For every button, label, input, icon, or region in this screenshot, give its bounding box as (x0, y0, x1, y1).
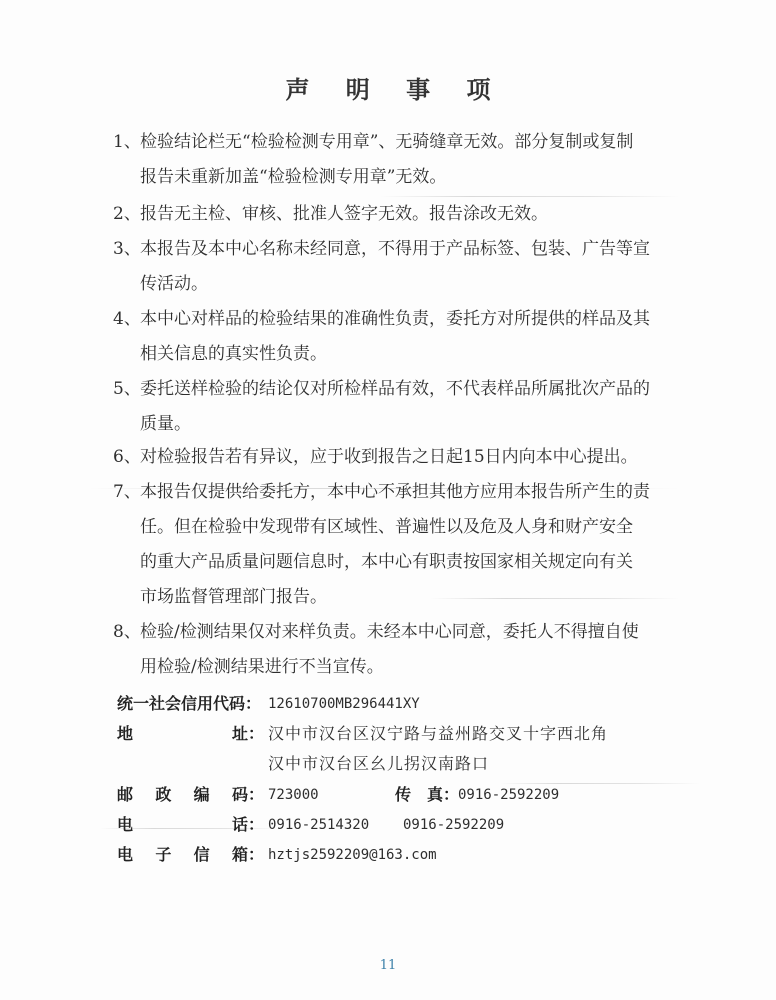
clause-line: 本中心对样品的检验结果的准确性负责，委托方对所提供的样品及其 (140, 309, 650, 329)
email-value: hztjs2592209@163.com (268, 840, 437, 870)
phone-value-1: 0916-2514320 (268, 810, 369, 840)
credit-code-label: 统一社会信用代码： (117, 689, 264, 719)
clause-number: 3、 (113, 232, 140, 267)
clause-6: 6、对检验报告若有异议，应于收到报告之日起15日内向本中心提出。 (113, 440, 673, 475)
clause-line: 检验/检测结果仅对来样负责。未经本中心同意，委托人不得擅自使 (140, 622, 639, 642)
clause-number: 8、 (113, 615, 140, 650)
phone-label: 电 话： (117, 810, 264, 840)
fax-label: 传 真： (395, 780, 459, 810)
clause-number: 1、 (113, 125, 140, 160)
phone-value-2: 0916-2592209 (403, 810, 504, 840)
clause-line: 报告未重新加盖“检验检测专用章”无效。 (113, 160, 673, 195)
clause-number: 7、 (113, 475, 140, 510)
clause-4: 4、本中心对样品的检验结果的准确性负责，委托方对所提供的样品及其 相关信息的真实… (113, 302, 673, 372)
postcode-label: 邮 政 编 码： (117, 780, 264, 810)
clause-line: 用检验/检测结果进行不当宣传。 (113, 650, 673, 685)
clause-1: 1、检验结论栏无“检验检测专用章”、无骑缝章无效。部分复制或复制 报告未重新加盖… (113, 125, 673, 195)
clause-line: 对检验报告若有异议，应于收到报告之日起15日内向本中心提出。 (140, 447, 638, 467)
clause-3: 3、本报告及本中心名称未经同意，不得用于产品标签、包装、广告等宣 传活动。 (113, 232, 673, 302)
fax-value: 0916-2592209 (458, 780, 559, 810)
page-title: 声 明 事 项 (0, 70, 776, 105)
clause-number: 4、 (113, 302, 140, 337)
clause-line: 任。但在检验中发现带有区域性、普遍性以及危及人身和财产安全 (113, 510, 673, 545)
clause-5: 5、委托送样检验的结论仅对所检样品有效，不代表样品所属批次产品的 质量。 (113, 372, 673, 442)
clause-line: 本报告仅提供给委托方，本中心不承担其他方应用本报告所产生的责 (140, 482, 650, 502)
clause-line: 质量。 (113, 407, 673, 442)
clause-number: 2、 (113, 197, 140, 232)
email-label: 电 子 信 箱： (117, 840, 264, 870)
clause-line: 市场监督管理部门报告。 (113, 580, 673, 615)
clause-line: 相关信息的真实性负责。 (113, 337, 673, 372)
page-number: 11 (0, 958, 776, 973)
clause-number: 6、 (113, 440, 140, 475)
address-label: 地 址： (117, 719, 264, 749)
postcode-value: 723000 (268, 780, 319, 810)
clause-line: 委托送样检验的结论仅对所检样品有效，不代表样品所属批次产品的 (140, 379, 650, 399)
clause-8: 8、检验/检测结果仅对来样负责。未经本中心同意，委托人不得擅自使 用检验/检测结… (113, 615, 673, 685)
document-page: 声 明 事 项 1、检验结论栏无“检验检测专用章”、无骑缝章无效。部分复制或复制… (0, 0, 776, 1000)
clause-line: 报告无主检、审核、批准人签字无效。报告涂改无效。 (140, 204, 548, 224)
clause-line: 传活动。 (113, 267, 673, 302)
credit-code-value: 12610700MB296441XY (268, 689, 420, 719)
clause-line: 检验结论栏无“检验检测专用章”、无骑缝章无效。部分复制或复制 (140, 132, 633, 152)
clause-7: 7、本报告仅提供给委托方，本中心不承担其他方应用本报告所产生的责 任。但在检验中… (113, 475, 673, 615)
address-value-line2: 汉中市汉台区幺儿拐汉南路口 (268, 749, 489, 779)
clause-number: 5、 (113, 372, 140, 407)
clause-line: 本报告及本中心名称未经同意，不得用于产品标签、包装、广告等宣 (140, 239, 650, 259)
clause-2: 2、报告无主检、审核、批准人签字无效。报告涂改无效。 (113, 197, 673, 232)
address-value-line1: 汉中市汉台区汉宁路与益州路交叉十字西北角 (268, 719, 608, 749)
clause-line: 的重大产品质量问题信息时，本中心有职责按国家相关规定向有关 (113, 545, 673, 580)
